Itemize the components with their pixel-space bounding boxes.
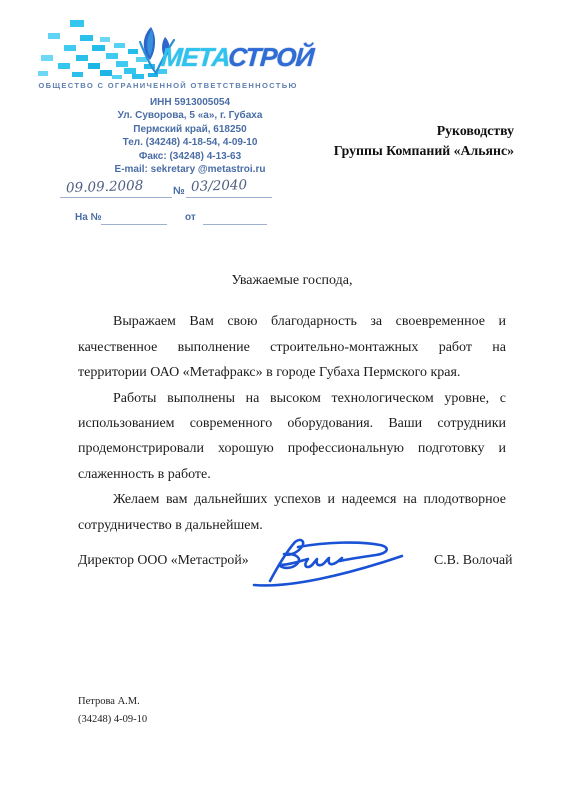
contact-phone: Тел. (34248) 4-18-54, 4-09-10 [58,136,322,149]
contact-street: Ул. Суворова, 5 «а», г. Губаха [58,109,322,122]
reply-reference-row: На № от [75,212,295,228]
body-paragraph-3: Желаем вам дальнейших успехов и надеемся… [78,487,506,538]
company-type-line: ОБЩЕСТВО С ОГРАНИЧЕННОЙ ОТВЕТСТВЕННОСТЬЮ [36,81,300,90]
handwritten-number: 03/2040 [191,177,248,195]
contact-fax: Факс: (34248) 4-13-63 [58,150,322,163]
logo-meta-text: МЕТА [160,42,229,72]
number-sign-label: № [173,185,185,197]
logo-stroy-text: СТРОЙ [227,42,314,72]
signature-row: Директор ООО «Метастрой» С.В. Волочай [0,540,582,600]
letter-page: МЕТАСТРОЙ ОБЩЕСТВО С ОГРАНИЧЕННОЙ ОТВЕТС… [0,0,582,800]
executor-phone: (34248) 4-09-10 [78,711,147,729]
signer-title: Директор ООО «Метастрой» [78,552,249,568]
signer-name: С.В. Волочай [434,552,513,568]
contact-email: E-mail: sekretary @metastroi.ru [58,163,322,176]
salutation: Уважаемые господа, [78,268,506,293]
company-logo-wordmark: МЕТАСТРОЙ [160,42,314,73]
reply-prefix-label: На № [75,212,102,223]
contact-inn: ИНН 5913005054 [58,96,322,109]
reply-number-underline [101,224,167,225]
number-underline [186,197,272,198]
recipient-line2: Группы Компаний «Альянс» [334,141,514,161]
executor-block: Петрова А.М. (34248) 4-09-10 [78,693,147,729]
recipient-line1: Руководству [334,121,514,141]
recipient-block: Руководству Группы Компаний «Альянс» [334,121,514,161]
executor-name: Петрова А.М. [78,693,147,711]
handwritten-date: 09.09.2008 [66,178,144,197]
body-paragraph-2: Работы выполнены на высоком технологичес… [78,386,506,488]
reply-date-underline [203,224,267,225]
letter-body: Уважаемые господа, Выражаем Вам свою бла… [78,268,506,538]
reply-from-label: от [185,212,196,223]
date-underline [60,197,172,198]
handwritten-signature-icon [248,534,408,592]
body-paragraph-1: Выражаем Вам свою благодарность за своев… [78,309,506,385]
reference-row: 09.09.2008 № 03/2040 [60,178,290,202]
contact-region: Пермский край, 618250 [58,123,322,136]
letterhead-contact-block: ИНН 5913005054 Ул. Суворова, 5 «а», г. Г… [58,96,322,176]
